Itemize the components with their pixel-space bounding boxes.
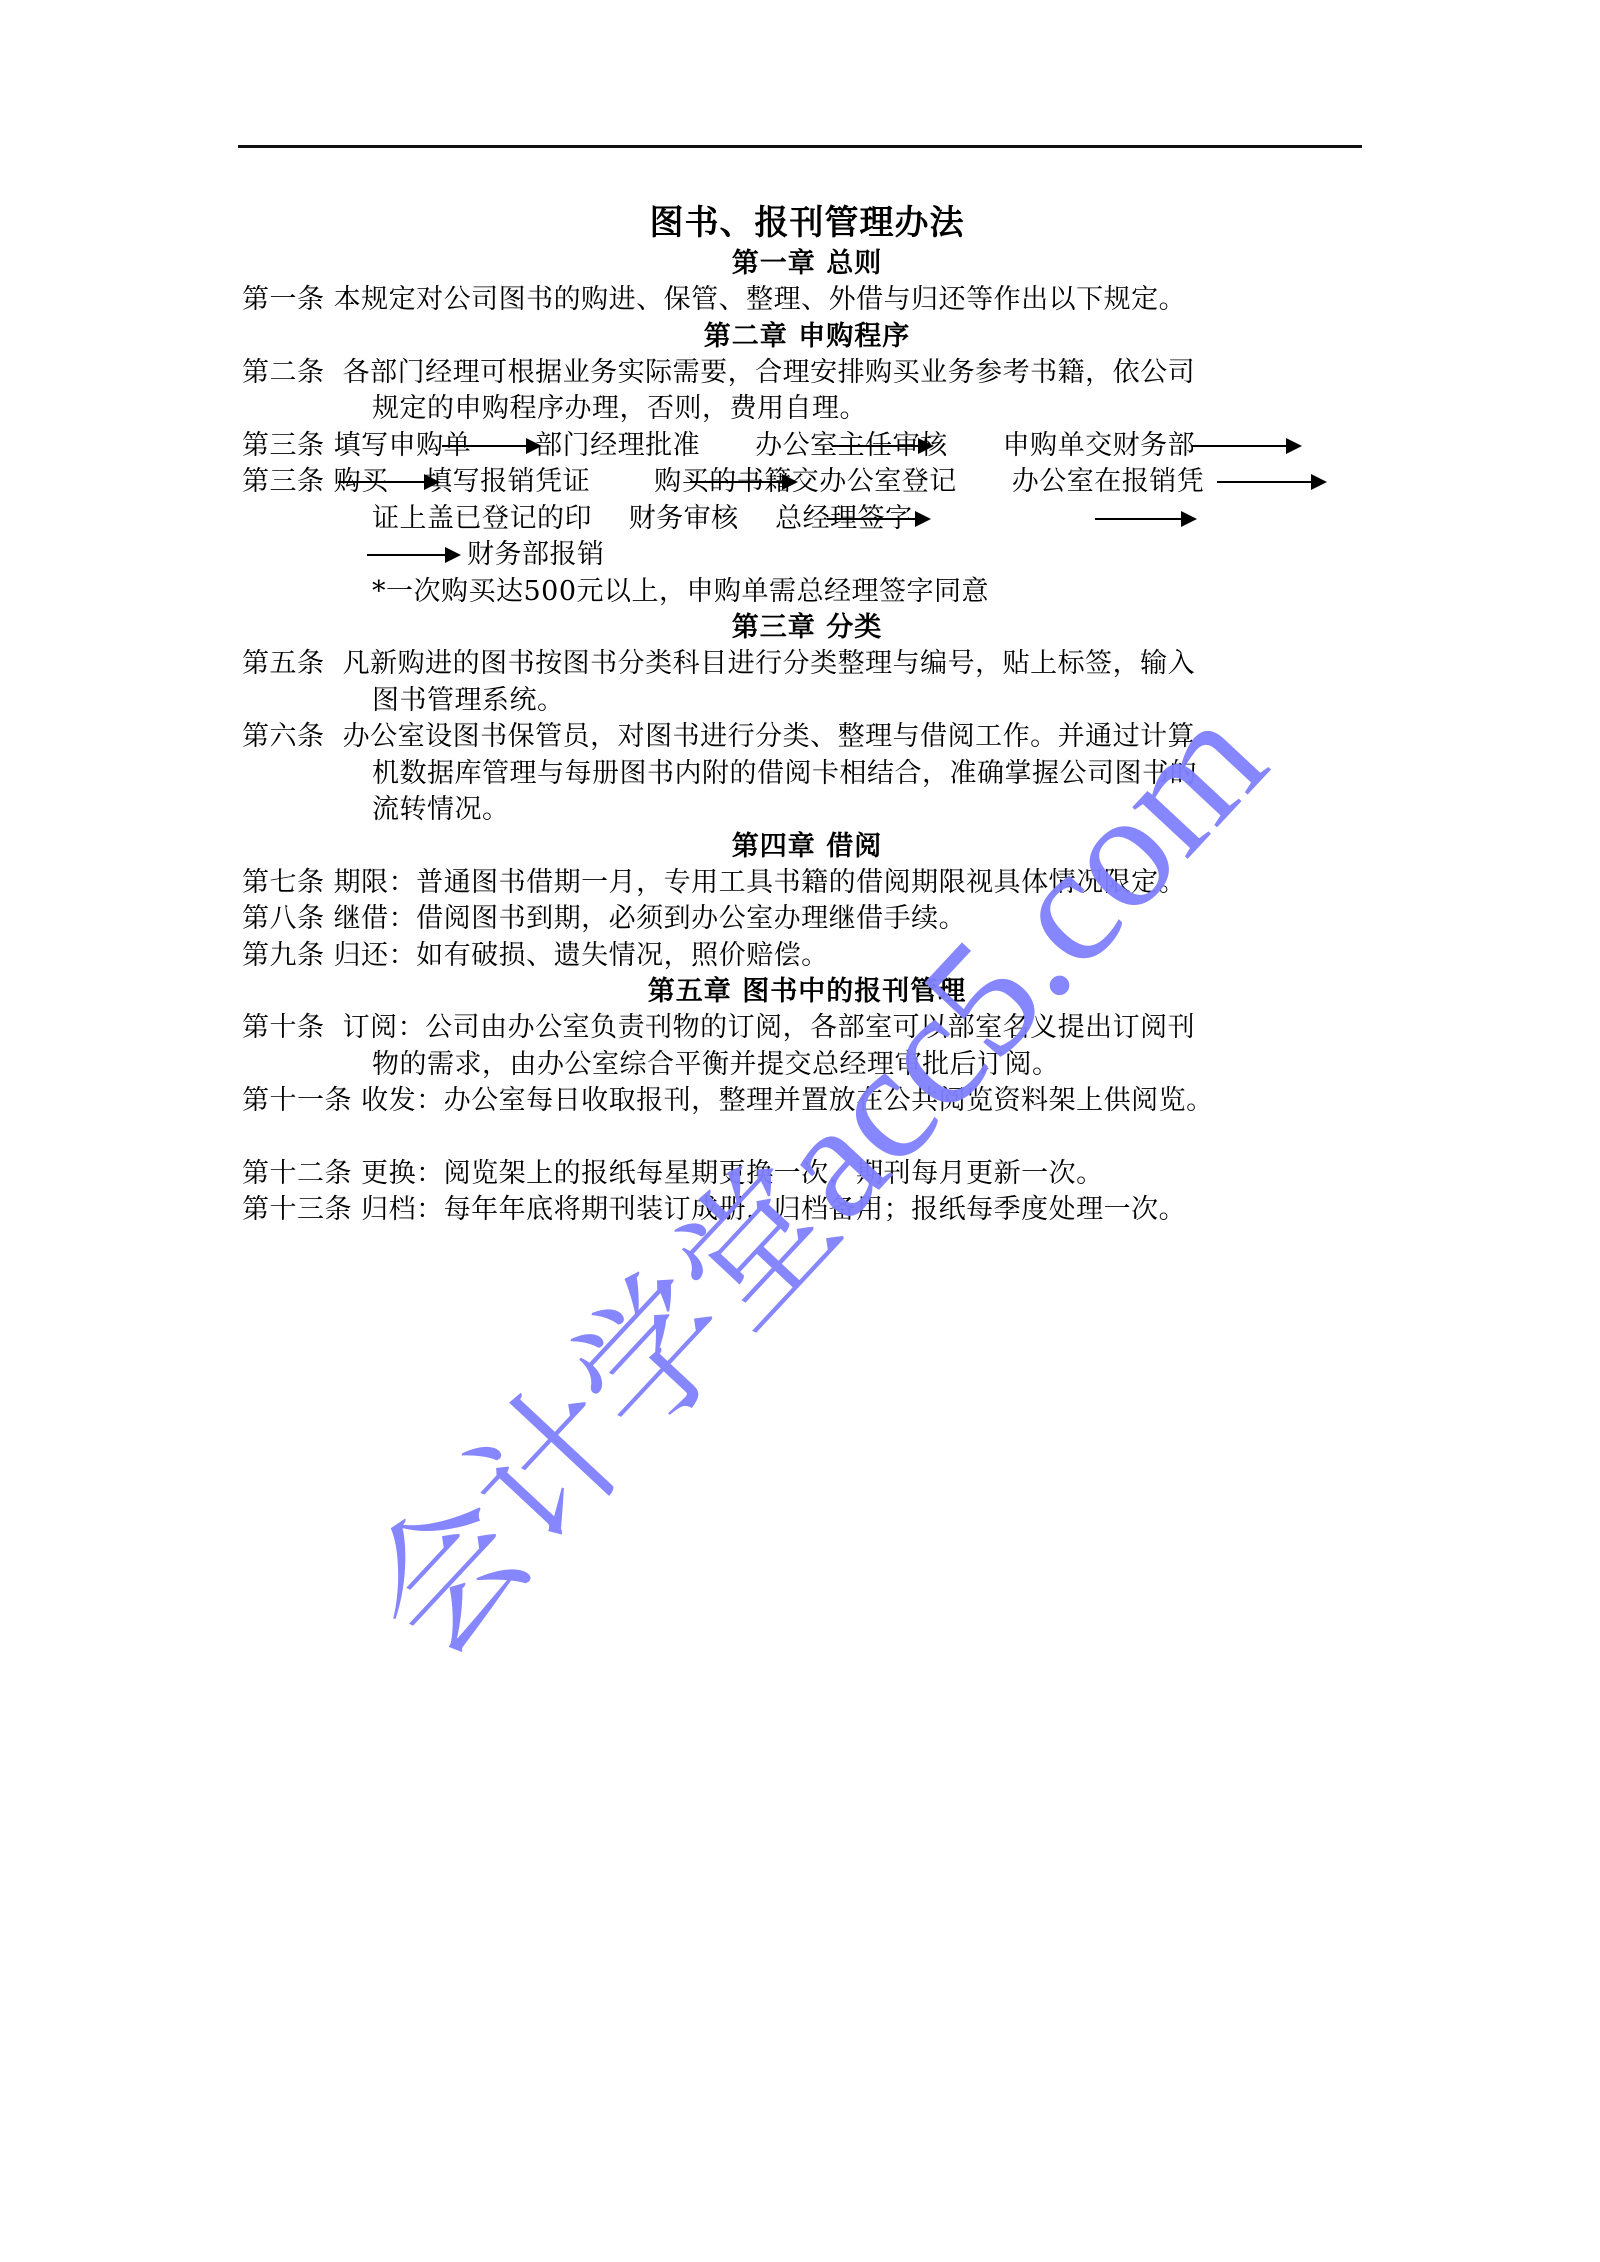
article-text: 办公室设图书保管员，对图书进行分类、整理与借阅工作。并通过计算 xyxy=(343,721,1196,752)
article-label: 第一条 xyxy=(242,284,325,315)
article-5-cont: 图书管理系统。 xyxy=(242,683,1372,720)
article-label: 第七条 xyxy=(242,867,325,898)
document-page: 图书、报刊管理办法 第一章 总则 第一条 本规定对公司图书的购进、保管、整理、外… xyxy=(242,188,1372,1229)
article-8: 第八条 继借：借阅图书到期，必须到办公室办理继借手续。 xyxy=(242,901,1372,938)
article-4-flow: 第三条 购买 填写报销凭证 购买的书籍交办公室登记 办公室在报销凭 xyxy=(242,464,1372,501)
article-6-cont: 流转情况。 xyxy=(242,792,1372,829)
article-label: 第八条 xyxy=(242,903,325,934)
article-6-cont: 机数据库管理与每册图书内附的借阅卡相结合，准确掌握公司图书的 xyxy=(242,756,1372,793)
article-3-flow: 第三条 填写申购单 部门经理批准 办公室主任审核 申购单交财务部 xyxy=(242,428,1372,465)
chapter-heading: 第二章 申购程序 xyxy=(242,319,1372,355)
article-text: 期限：普通图书借期一月，专用工具书籍的借阅期限视具体情况限定。 xyxy=(334,867,1187,898)
article-text: 本规定对公司图书的购进、保管、整理、外借与归还等作出以下规定。 xyxy=(334,284,1187,315)
header-rule xyxy=(238,145,1362,148)
arrow-icon xyxy=(1217,481,1325,483)
article-label: 第十条 xyxy=(242,1012,325,1043)
article-10: 第十条 订阅：公司由办公室负责刊物的订阅，各部室可以部室名义提出订阅刊 xyxy=(242,1010,1372,1047)
chapter-heading: 第三章 分类 xyxy=(242,610,1372,646)
arrow-icon xyxy=(827,518,929,520)
article-4-line2: 证上盖已登记的印 财务审核 总经理签字 xyxy=(242,501,1372,538)
article-label: 第二条 xyxy=(242,357,325,388)
article-label: 第九条 xyxy=(242,940,325,971)
article-13: 第十三条 归档：每年年底将期刊装订成册，归档备用；报纸每季度处理一次。 xyxy=(242,1192,1372,1229)
article-text: 各部门经理可根据业务实际需要，合理安排购买业务参考书籍，依公司 xyxy=(343,357,1196,388)
article-text: 归档：每年年底将期刊装订成册，归档备用；报纸每季度处理一次。 xyxy=(361,1194,1186,1225)
spacer xyxy=(242,1120,1372,1156)
article-12: 第十二条 更换：阅览架上的报纸每星期更换一次，期刊每月更新一次。 xyxy=(242,1156,1372,1193)
article-label: 第十一条 xyxy=(242,1085,352,1116)
article-1: 第一条 本规定对公司图书的购进、保管、整理、外借与归还等作出以下规定。 xyxy=(242,282,1372,319)
article-text: 更换：阅览架上的报纸每星期更换一次，期刊每月更新一次。 xyxy=(361,1158,1104,1189)
arrow-icon xyxy=(367,554,459,556)
chapter-heading: 第一章 总则 xyxy=(242,246,1372,282)
arrow-icon xyxy=(338,481,438,483)
article-9: 第九条 归还：如有破损、遗失情况，照价赔偿。 xyxy=(242,938,1372,975)
purchase-note: *一次购买达500元以上，申购单需总经理签字同意 xyxy=(242,574,1372,611)
chapter-heading: 第五章 图书中的报刊管理 xyxy=(242,974,1372,1010)
article-10-cont: 物的需求，由办公室综合平衡并提交总经理审批后订阅。 xyxy=(242,1047,1372,1084)
arrow-icon xyxy=(832,445,932,447)
article-text: 继借：借阅图书到期，必须到办公室办理继借手续。 xyxy=(334,903,967,934)
article-text: 收发：办公室每日收取报刊，整理并置放在公共阅览资料架上供阅览。 xyxy=(361,1085,1214,1116)
article-text: 凡新购进的图书按图书分类科目进行分类整理与编号，贴上标签，输入 xyxy=(343,648,1196,679)
article-4-text: 财务部报销 xyxy=(467,539,605,570)
article-text: 归还：如有破损、遗失情况，照价赔偿。 xyxy=(334,940,829,971)
arrow-icon xyxy=(442,445,540,447)
article-6: 第六条 办公室设图书保管员，对图书进行分类、整理与借阅工作。并通过计算 xyxy=(242,719,1372,756)
article-7: 第七条 期限：普通图书借期一月，专用工具书籍的借阅期限视具体情况限定。 xyxy=(242,865,1372,902)
article-2-cont: 规定的申购程序办理，否则，费用自理。 xyxy=(242,391,1372,428)
arrow-icon xyxy=(1192,445,1300,447)
article-3-text: 第三条 填写申购单 部门经理批准 办公室主任审核 申购单交财务部 xyxy=(242,430,1195,461)
article-2: 第二条 各部门经理可根据业务实际需要，合理安排购买业务参考书籍，依公司 xyxy=(242,355,1372,392)
article-label: 第十三条 xyxy=(242,1194,352,1225)
arrow-icon xyxy=(1095,518,1195,520)
article-label: 第三条 xyxy=(242,466,325,497)
article-11: 第十一条 收发：办公室每日收取报刊，整理并置放在公共阅览资料架上供阅览。 xyxy=(242,1083,1372,1120)
article-text: 订阅：公司由办公室负责刊物的订阅，各部室可以部室名义提出订阅刊 xyxy=(343,1012,1196,1043)
article-4-line3: 财务部报销 xyxy=(242,537,1372,574)
document-title: 图书、报刊管理办法 xyxy=(242,200,1372,246)
article-label: 第六条 xyxy=(242,721,325,752)
article-label: 第五条 xyxy=(242,648,325,679)
chapter-heading: 第四章 借阅 xyxy=(242,829,1372,865)
arrow-icon xyxy=(690,481,796,483)
article-label: 第十二条 xyxy=(242,1158,352,1189)
article-5: 第五条 凡新购进的图书按图书分类科目进行分类整理与编号，贴上标签，输入 xyxy=(242,646,1372,683)
